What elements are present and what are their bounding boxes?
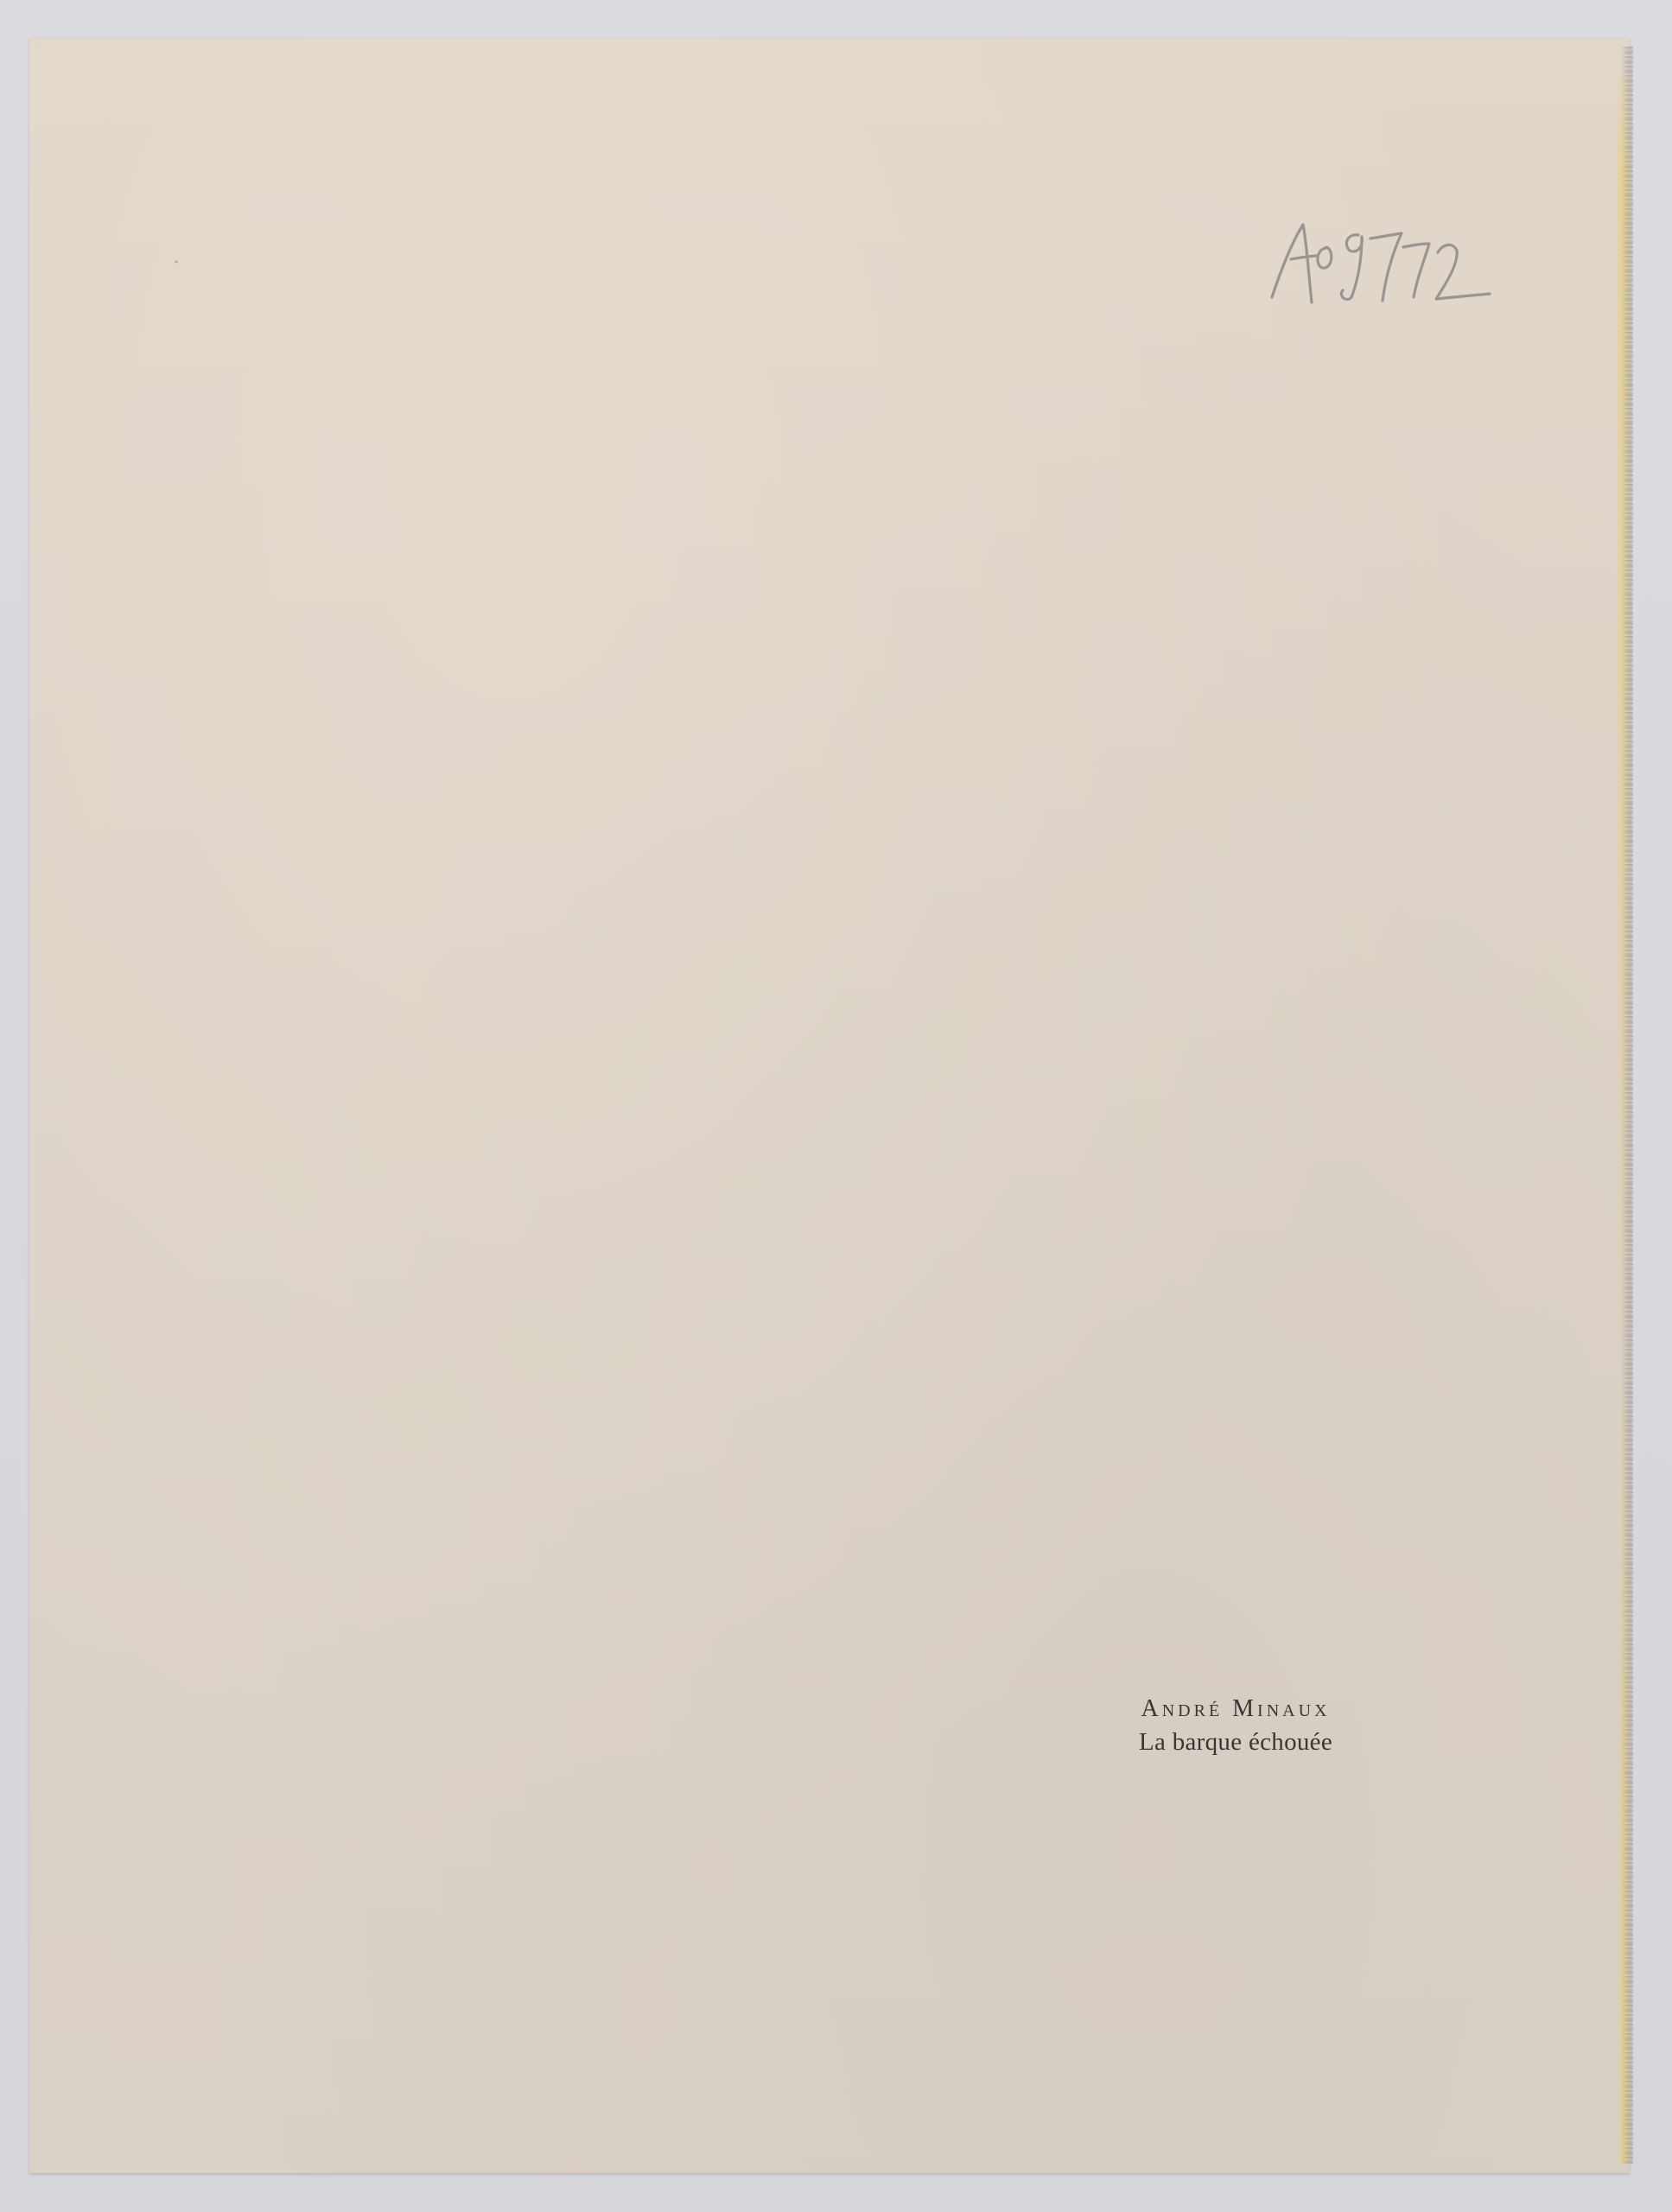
paper-sheet <box>29 38 1630 2173</box>
paper-speck <box>175 260 178 264</box>
artist-name: André Minaux <box>1063 1694 1408 1725</box>
artwork-title: La barque échouée <box>1063 1725 1408 1759</box>
deckle-edge <box>1621 47 1633 2164</box>
pencil-accession-number: A09772 <box>1268 218 1493 313</box>
artwork-caption: André Minaux La barque échouée <box>1063 1694 1408 1759</box>
handwritten-accession-icon <box>1268 218 1493 313</box>
